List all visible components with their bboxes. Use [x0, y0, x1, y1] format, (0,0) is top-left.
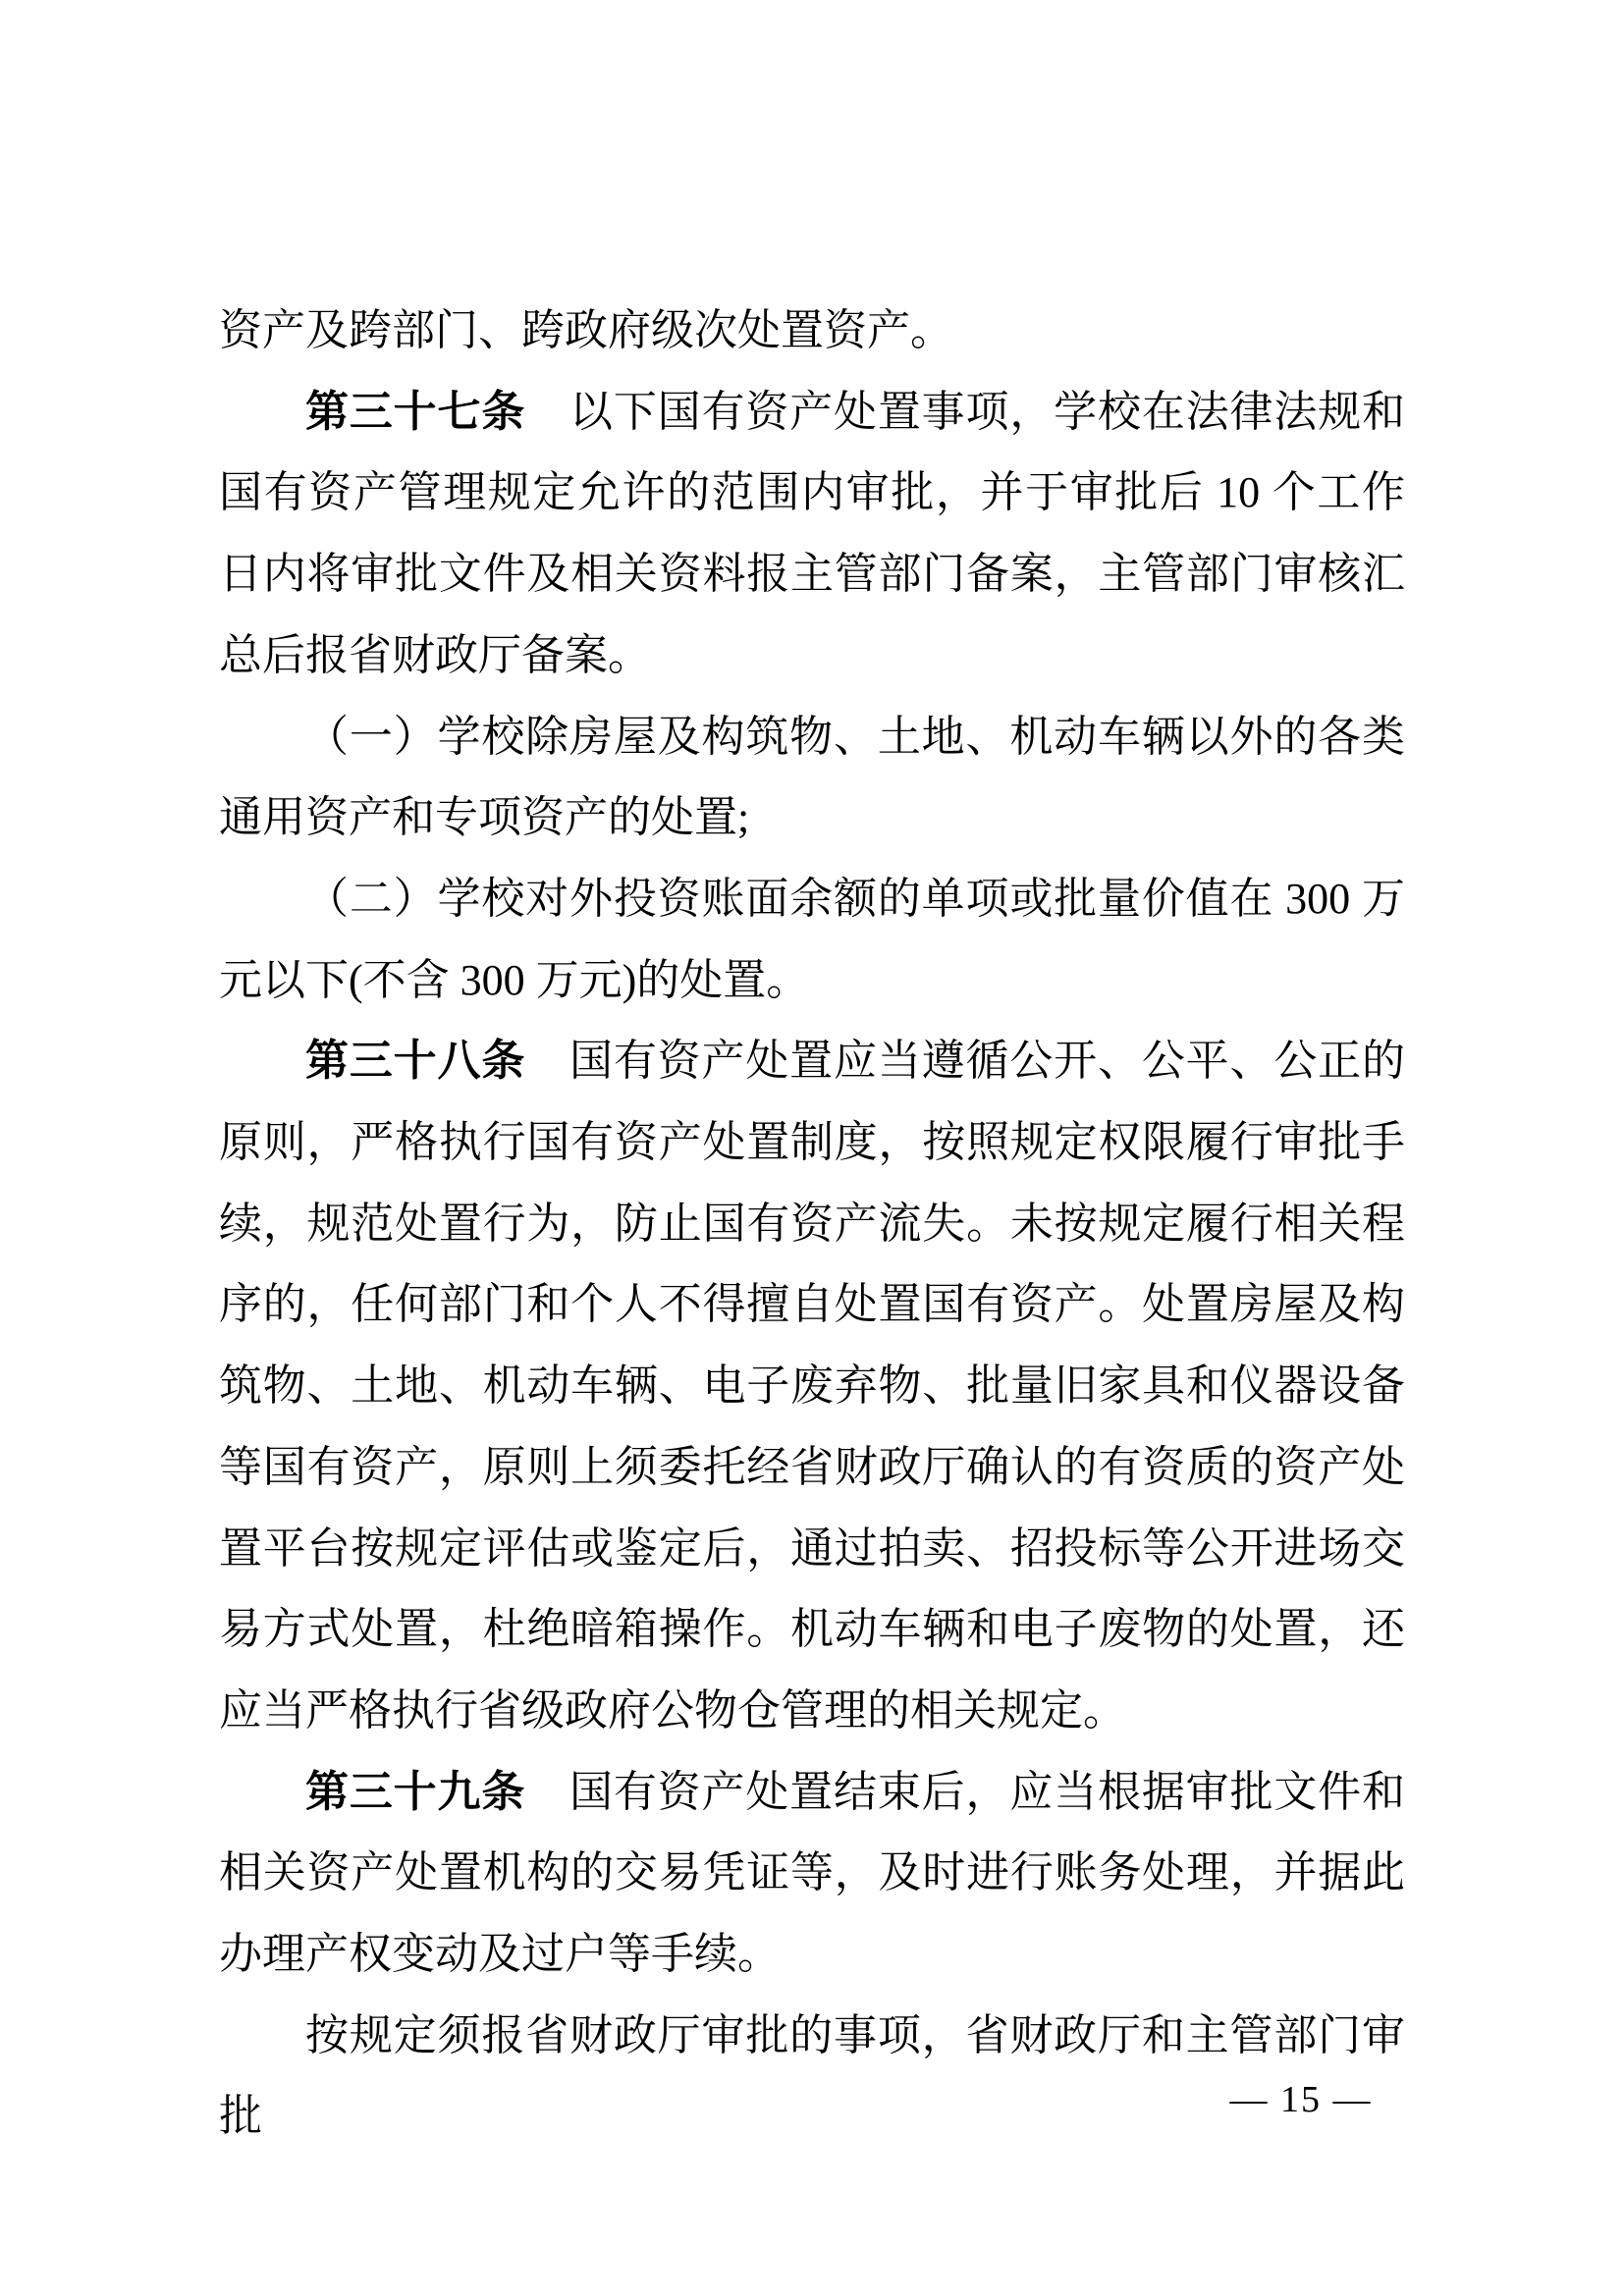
paragraph-text: 国有资产处置应当遵循公开、公平、公正的原则，严格执行国有资产处置制度，按照规定权… — [219, 1037, 1405, 1735]
body-paragraph: （一）学校除房屋及构筑物、土地、机动车辆以外的各类通用资产和专项资产的处置; — [219, 697, 1405, 859]
article-number-heading: 第三十九条 — [305, 1768, 525, 1816]
article-number-heading: 第三十七条 — [305, 388, 525, 436]
document-body: 资产及跨部门、跨政府级次处置资产。 第三十七条 以下国有资产处置事项，学校在法律… — [219, 291, 1405, 2158]
document-page: 资产及跨部门、跨政府级次处置资产。 第三十七条 以下国有资产处置事项，学校在法律… — [0, 0, 1624, 2296]
body-paragraph: （二）学校对外投资账面余额的单项或批量价值在 300 万元以下(不含 300 万… — [219, 859, 1405, 1021]
paragraph-text: 资产及跨部门、跨政府级次处置资产。 — [219, 306, 953, 354]
paragraph-text: （二）学校对外投资账面余额的单项或批量价值在 300 万元以下(不含 300 万… — [219, 875, 1405, 1004]
paragraph-text: （一）学校除房屋及构筑物、土地、机动车辆以外的各类通用资产和专项资产的处置; — [219, 713, 1405, 842]
body-paragraph: 第三十八条 国有资产处置应当遵循公开、公平、公正的原则，严格执行国有资产处置制度… — [219, 1021, 1405, 1751]
body-paragraph: 按规定须报省财政厅审批的事项，省财政厅和主管部门审批 — [219, 1996, 1405, 2158]
paragraph-text: 按规定须报省财政厅审批的事项，省财政厅和主管部门审批 — [219, 2011, 1405, 2141]
article-number-heading: 第三十八条 — [305, 1037, 525, 1085]
body-paragraph: 第三十七条 以下国有资产处置事项，学校在法律法规和国有资产管理规定允许的范围内审… — [219, 372, 1405, 697]
page-number: — 15 — — [1218, 2079, 1384, 2120]
body-paragraph: 第三十九条 国有资产处置结束后，应当根据审批文件和相关资产处置机构的交易凭证等，… — [219, 1752, 1405, 1996]
body-paragraph: 资产及跨部门、跨政府级次处置资产。 — [219, 291, 1405, 372]
